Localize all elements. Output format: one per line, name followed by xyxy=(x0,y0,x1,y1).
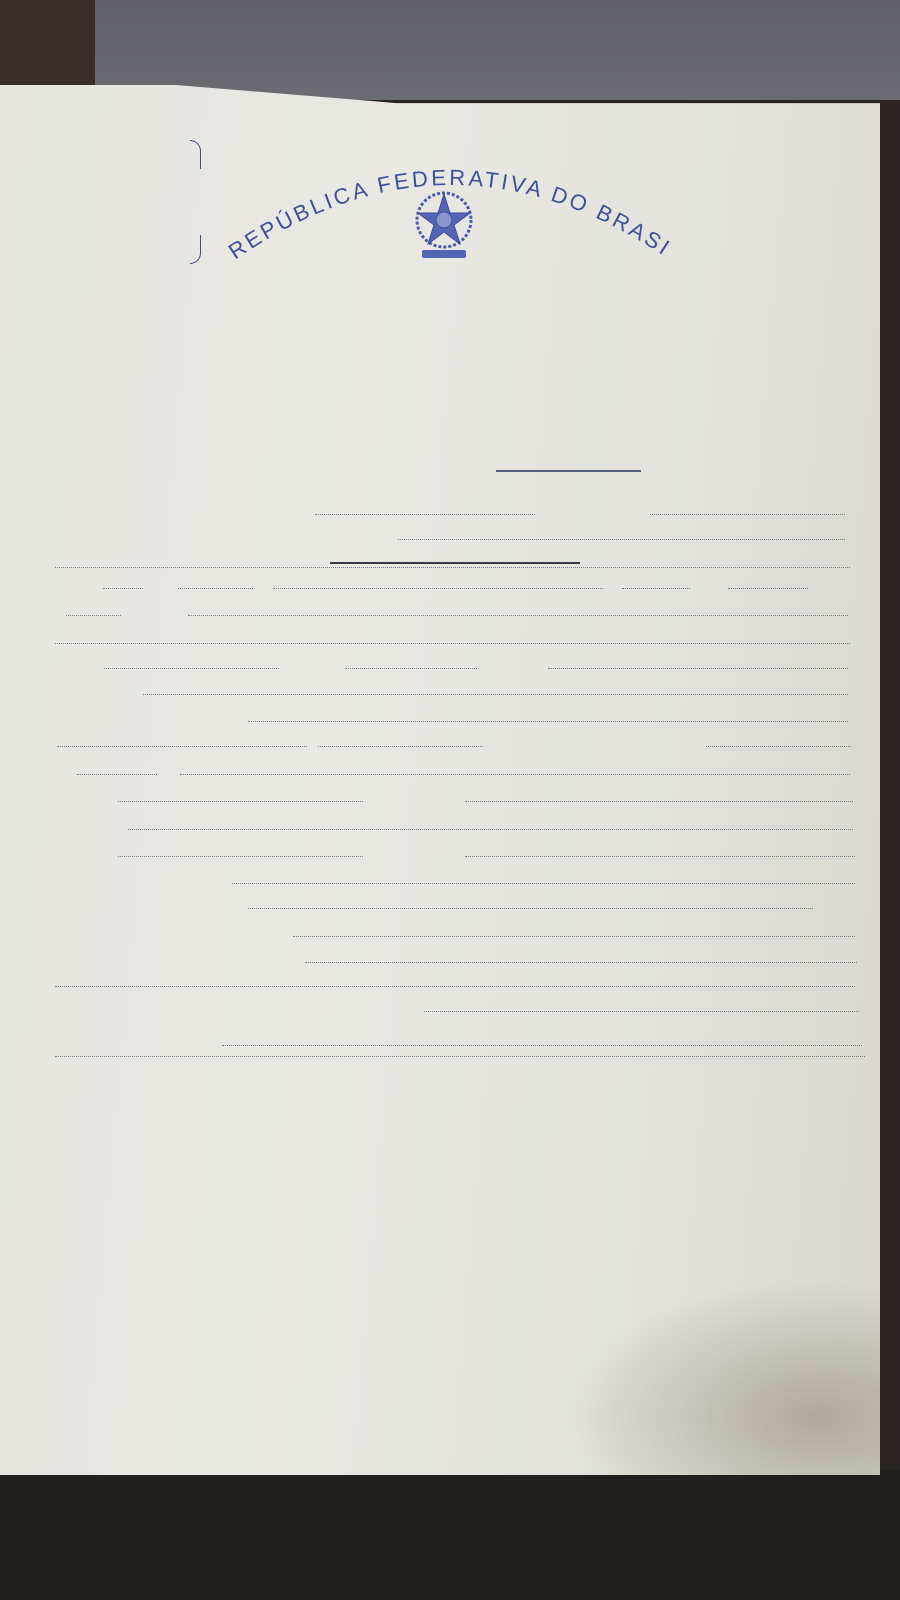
mes-field xyxy=(273,570,603,589)
blank-field xyxy=(57,728,307,747)
dotted-line xyxy=(55,985,855,987)
dotted-line xyxy=(55,642,850,644)
minutos-field xyxy=(66,597,121,616)
name-underline xyxy=(330,562,580,564)
local-field xyxy=(188,597,848,616)
paper-shadow xyxy=(560,1280,880,1475)
horas-field xyxy=(728,570,808,589)
sexo-field xyxy=(104,650,279,669)
causa-field xyxy=(305,944,857,963)
stamp-bracket xyxy=(190,140,201,169)
mae-profissao-field xyxy=(118,838,363,857)
profissao-field xyxy=(548,650,848,669)
background-fabric-bottom xyxy=(0,1470,900,1600)
observacoes-field xyxy=(222,1027,862,1046)
background-fabric xyxy=(0,0,95,90)
pai-natural-field xyxy=(465,783,853,802)
cemiterio-field xyxy=(424,993,859,1012)
certificate-paper xyxy=(0,85,880,1475)
mae-field xyxy=(128,811,853,830)
dotted-line xyxy=(55,1055,865,1057)
idade-field xyxy=(318,728,483,747)
coat-of-arms-icon xyxy=(408,186,480,266)
falecid-field xyxy=(103,570,143,589)
dotted-line xyxy=(55,566,850,568)
obito-number-field xyxy=(496,452,641,472)
residencia-field xyxy=(248,703,848,722)
pai-profissao-field xyxy=(118,783,363,802)
medico-field xyxy=(293,918,855,937)
dia-field xyxy=(178,570,253,589)
fls-field xyxy=(315,496,535,515)
estado-civil-field xyxy=(706,728,851,747)
mae-natural-field xyxy=(465,838,855,857)
pai-field xyxy=(180,756,850,775)
natural-field xyxy=(143,676,848,695)
declarante-field xyxy=(248,890,813,909)
registro-field xyxy=(398,521,845,540)
ano-field xyxy=(622,570,690,589)
pais-residencia-field xyxy=(232,865,855,884)
stamp-bracket xyxy=(190,235,201,264)
livro-field xyxy=(650,496,845,515)
registry-stamp-top xyxy=(0,140,205,265)
filh-field xyxy=(77,756,157,775)
cor-field xyxy=(345,650,477,669)
